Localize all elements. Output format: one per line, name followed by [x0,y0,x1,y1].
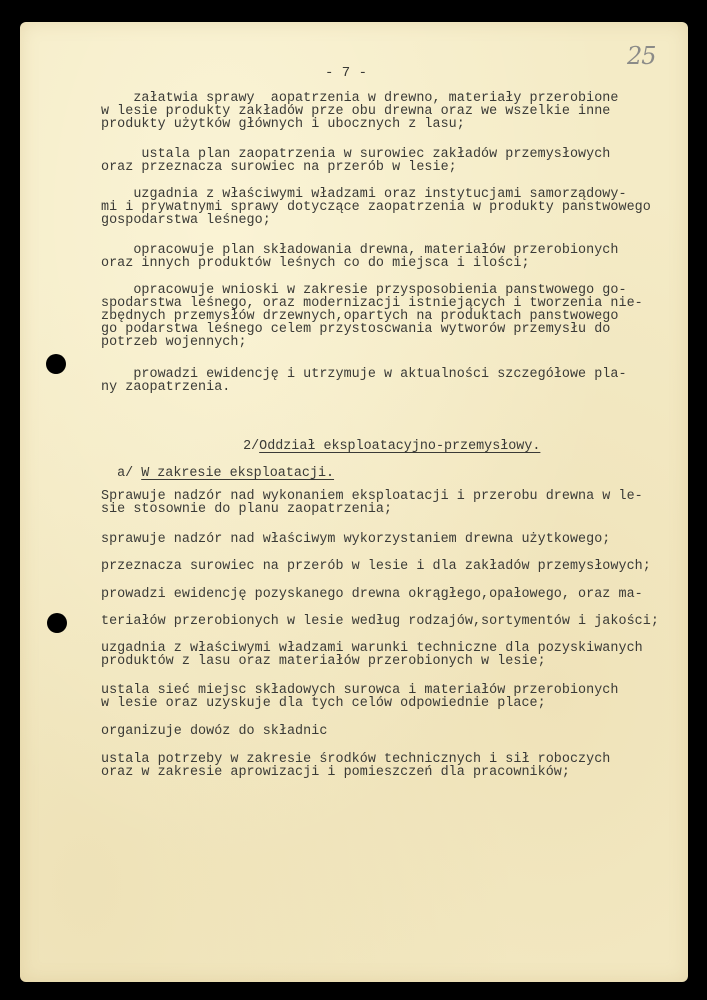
punch-hole-lower [47,613,67,633]
item-7-line-2: w lesie oraz uzyskuje dla tych celów odp… [101,697,546,711]
subsection-heading: a/ W zakresie eksploatacji. [101,451,334,481]
item-4-line-1: prowadzi ewidencję pozyskanego drewna ok… [101,588,643,602]
subsection-heading-title: W zakresie eksploatacji. [141,466,334,481]
paragraph-1-line-3: produkty użytków głównych i ubocznych z … [101,118,465,132]
paragraph-3-line-3: gospodarstwa leśnego; [101,214,271,228]
subsection-heading-prefix: a/ [117,466,141,481]
item-6-line-2: produktów z lasu oraz materiałów przerob… [101,655,546,669]
punch-hole-upper [46,354,66,374]
paragraph-6-line-2: ny zaopatrzenia. [101,381,230,395]
page-number: - 7 - [325,65,367,81]
item-1-line-2: sie stosownie do planu zaopatrzenia; [101,503,392,517]
paragraph-5-line-5: potrzeb wojennych; [101,336,247,350]
item-9-line-2: oraz w zakresie aprowizacji i pomieszcze… [101,766,570,780]
paragraph-2-line-2: oraz przeznacza surowiec na przerób w le… [101,161,457,175]
item-5-line-1: teriałów przerobionych w lesie według ro… [101,615,659,629]
paragraph-4-line-2: oraz innych produktów leśnych co do miej… [101,257,530,271]
item-3-line-1: przeznacza surowiec na przerób w lesie i… [101,560,651,574]
section-heading: 2/Oddział eksploatacyjno-przemysłowy. [227,424,540,454]
item-8-line-1: organizuje dowóz do składnic [101,725,327,739]
item-2-line-1: sprawuje nadzór nad właściwym wykorzysta… [101,533,610,547]
folio-annotation: 25 [627,42,656,70]
